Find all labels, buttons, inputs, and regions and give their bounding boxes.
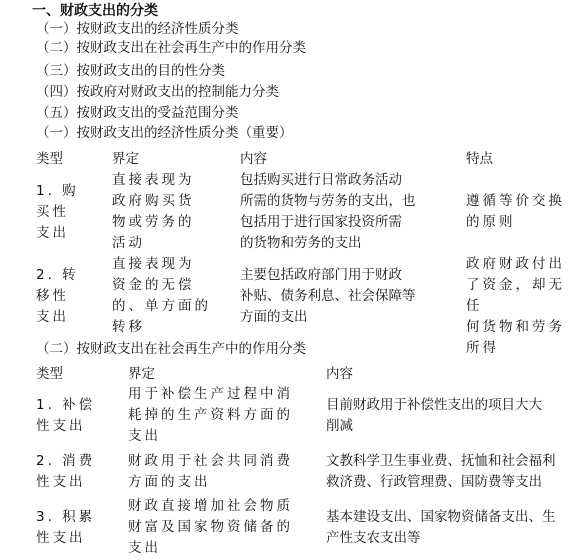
section-heading: 一、财政支出的分类	[32, 2, 158, 20]
type-cell: 2. 消费 性支出	[36, 451, 124, 493]
type-cell: 1. 补偿 性支出	[36, 395, 124, 437]
col-header-content: 内容	[240, 150, 267, 168]
col-header-definition: 界定	[112, 150, 139, 168]
definition-cell: 财政用于社会共同消费 方面的支出	[128, 451, 318, 493]
type-cell: 2. 转 移性 支出	[36, 265, 106, 328]
toc-item-2: （二）按财政支出在社会再生产中的作用分类	[36, 39, 306, 57]
definition-cell: 用于补偿生产过程中消 耗掉的生产资料方面的 支出	[128, 384, 318, 447]
toc-item-3: （三）按财政支出的目的性分类	[36, 62, 225, 80]
definition-cell: 直接表现为 政府购买货 物或劳务的 活动	[112, 170, 232, 254]
content-cell: 包括购买进行日常政务活动 所需的货物与劳务的支出，也 包括用于进行国家投资所需 …	[240, 170, 460, 254]
feature-cell: 遵循等价交换 的原则	[466, 191, 576, 233]
col-header-type: 类型	[36, 150, 63, 168]
type-cell: 1. 购 买性 支出	[36, 181, 106, 244]
feature-cell: 政府财政付出 了资金，却无任 何货物和劳务 所得	[466, 254, 576, 359]
toc-item-1: （一）按财政支出的经济性质分类	[36, 20, 239, 38]
content-cell: 主要包括政府部门用于财政 补贴、债务利息、社会保障等 方面的支出	[240, 265, 460, 328]
content-cell: 基本建设支出、国家物资储备支出、生 产性支农支出等	[326, 507, 576, 549]
type-cell: 3. 积累 性支出	[36, 507, 124, 549]
toc-item-5: （五）按财政支出的受益范围分类	[36, 104, 239, 122]
content-cell: 文教科学卫生事业费、抚恤和社会福利 救济费、行政管理费、国防费等支出	[326, 451, 576, 493]
content-cell: 目前财政用于补偿性支出的项目大大 削减	[326, 395, 576, 437]
subsection-title-2: （二）按财政支出在社会再生产中的作用分类	[36, 340, 306, 358]
definition-cell: 财政直接增加社会物质 财富及国家物资储备的 支出	[128, 496, 318, 559]
col-header-feature: 特点	[466, 150, 493, 168]
toc-item-4: （四）按政府对财政支出的控制能力分类	[36, 83, 279, 101]
col-header-content: 内容	[326, 365, 353, 383]
subsection-title-1: （一）按财政支出的经济性质分类（重要）	[36, 124, 293, 142]
col-header-type: 类型	[36, 365, 63, 383]
col-header-definition: 界定	[128, 365, 155, 383]
definition-cell: 直接表现为 资金的无偿 的、单方面的 转移	[112, 254, 232, 338]
